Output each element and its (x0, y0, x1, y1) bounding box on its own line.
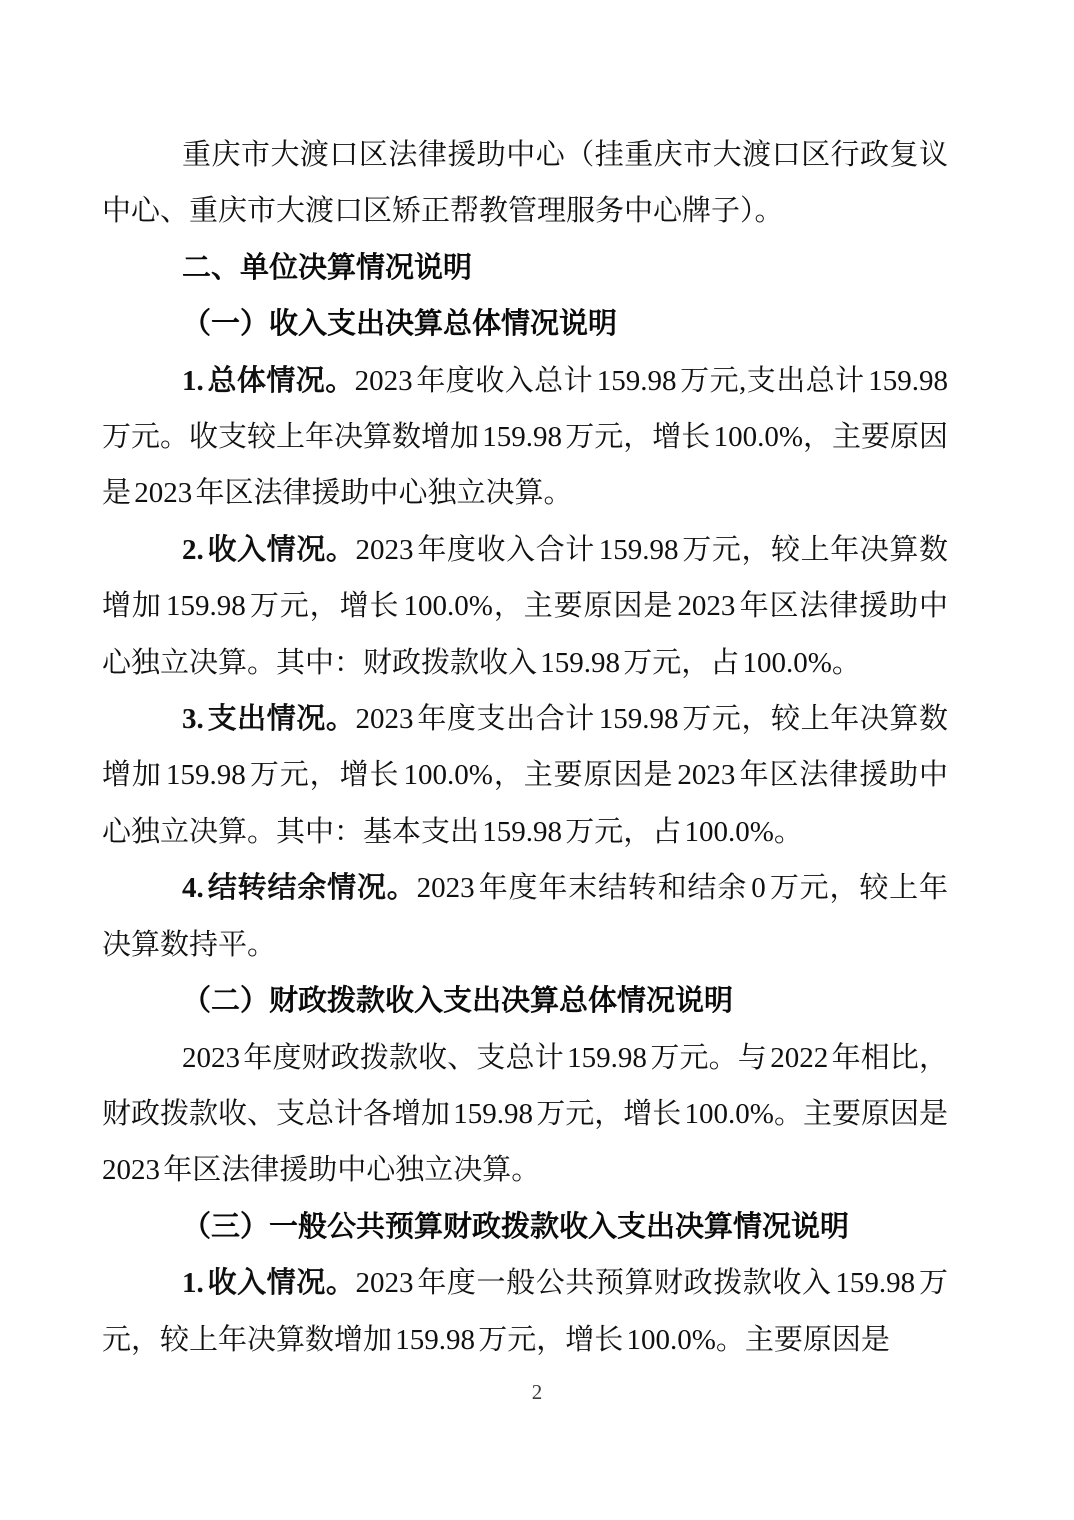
document-page: 重庆市大渡口区法律援助中心（挂重庆市大渡口区行政复议中心、重庆市大渡口区矫正帮教… (0, 0, 1074, 1520)
paragraph-expenditure-situation: 3. 支出情况。2023 年度支出合计 159.98 万元，较上年决算数增加 1… (102, 691, 948, 860)
paragraph-lead: 3. 支出情况。 (182, 703, 356, 735)
paragraph-overall-situation: 1. 总体情况。2023 年度收入总计 159.98 万元,支出总计 159.9… (102, 353, 948, 522)
paragraph-lead: 4. 结转结余情况。 (182, 872, 417, 904)
section-heading-unit-final-accounts: 二、单位决算情况说明 (102, 240, 948, 296)
paragraph-lead: 1. 收入情况。 (182, 1267, 356, 1299)
paragraph-text: 重庆市大渡口区法律援助中心（挂重庆市大渡口区行政复议中心、重庆市大渡口区矫正帮教… (102, 139, 948, 227)
paragraph-carryover-balance: 4. 结转结余情况。2023 年度年末结转和结余 0 万元，较上年决算数持平。 (102, 860, 948, 973)
paragraph-text: 2023 年度财政拨款收、支总计 159.98 万元。与 2022 年相比，财政… (102, 1042, 948, 1187)
paragraph-income-situation: 2. 收入情况。2023 年度收入合计 159.98 万元，较上年决算数增加 1… (102, 522, 948, 691)
paragraph-lead: 2. 收入情况。 (182, 534, 356, 566)
subsection-heading-general-public-budget: （三）一般公共预算财政拨款收入支出决算情况说明 (102, 1199, 948, 1255)
paragraph-org-names: 重庆市大渡口区法律援助中心（挂重庆市大渡口区行政复议中心、重庆市大渡口区矫正帮教… (102, 127, 948, 240)
paragraph-lead: 1. 总体情况。 (182, 365, 355, 397)
page-number: 2 (0, 1378, 1074, 1406)
subsection-heading-fiscal-appropriation-overview: （二）财政拨款收入支出决算总体情况说明 (102, 973, 948, 1029)
subsection-heading-income-expenditure-overview: （一）收入支出决算总体情况说明 (102, 296, 948, 352)
paragraph-fiscal-appropriation-totals: 2023 年度财政拨款收、支总计 159.98 万元。与 2022 年相比，财政… (102, 1030, 948, 1199)
paragraph-general-budget-income: 1. 收入情况。2023 年度一般公共预算财政拨款收入 159.98 万元，较上… (102, 1255, 948, 1368)
